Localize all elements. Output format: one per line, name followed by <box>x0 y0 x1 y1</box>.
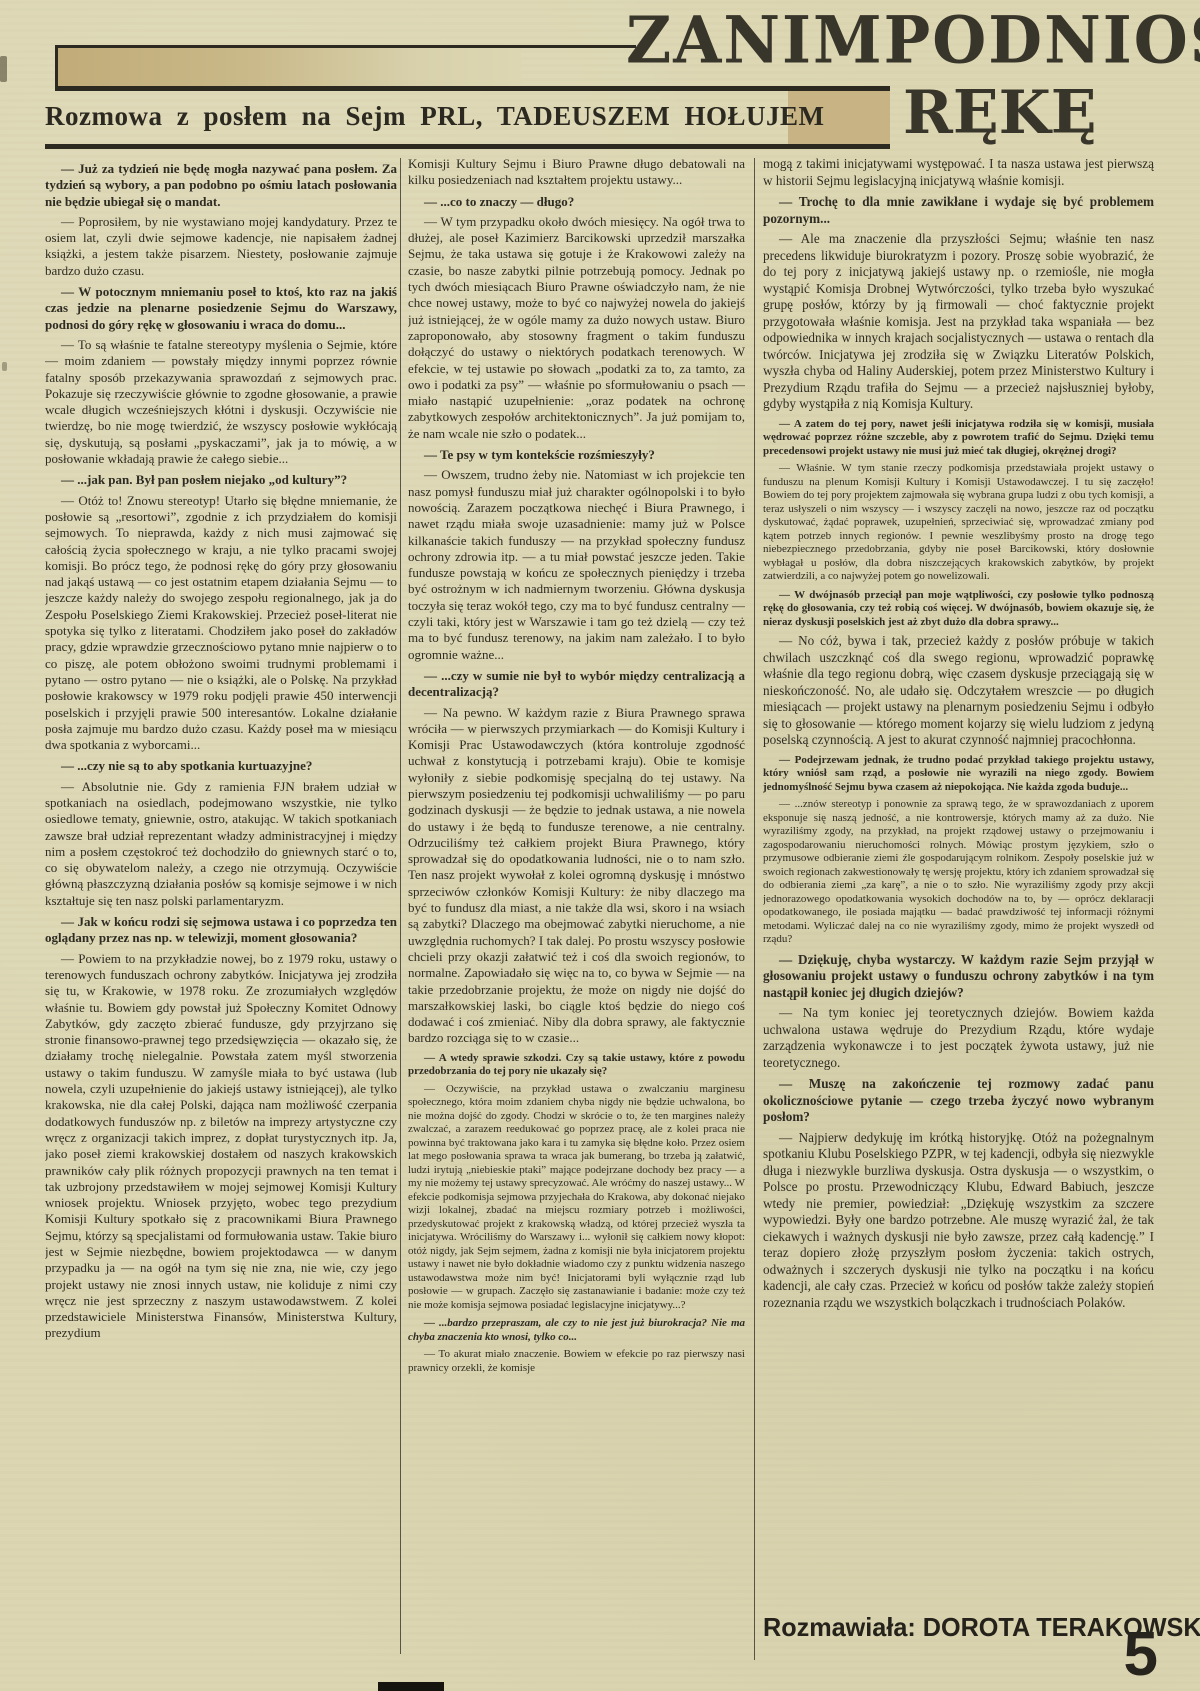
article-paragraph: — ...bardzo przepraszam, ale czy to nie … <box>408 1317 745 1344</box>
article-paragraph: — ...jak pan. Był pan posłem niejako „od… <box>45 472 397 488</box>
title-word-1: ZANIM <box>626 2 884 78</box>
article-paragraph: — No cóż, bywa i tak, przecież każdy z p… <box>763 633 1154 749</box>
article-paragraph: — ...czy w sumie nie był to wybór między… <box>408 668 745 701</box>
header-tan-bar <box>55 45 521 88</box>
article-paragraph: — Już za tydzień nie będę mogła nazywać … <box>45 161 397 210</box>
article-paragraph: — To akurat miało znaczenie. Bowiem w ef… <box>408 1348 745 1375</box>
article-paragraph: — Właśnie. W tym stanie rzeczy podkomisj… <box>763 462 1154 584</box>
article-paragraph: — Otóż to! Znowu stereotyp! Utarło się b… <box>45 493 397 754</box>
article-paragraph: — Na tym koniec jej teoretycznych dziejó… <box>763 1005 1154 1071</box>
scan-artifact-mark <box>378 1682 444 1691</box>
article-paragraph: — Owszem, trudno żeby nie. Natomiast w i… <box>408 467 745 663</box>
header-rule-bottom <box>45 144 890 149</box>
article-column-1: — Już za tydzień nie będę mogła nazywać … <box>45 156 397 1588</box>
interview-kicker: Rozmowa z posłem na Sejm PRL, TADEUSZEM … <box>45 93 785 139</box>
article-paragraph: — Muszę na zakończenie tej rozmowy zadać… <box>763 1076 1154 1126</box>
article-paragraph: — ...czy nie są to aby spotkania kurtuaz… <box>45 758 397 774</box>
article-paragraph: — Podejrzewam jednak, że trudno podać pr… <box>763 754 1154 795</box>
article-paragraph: — Absolutnie nie. Gdy z ramienia FJN bra… <box>45 779 397 909</box>
article-paragraph: — W potocznym mniemaniu poseł to ktoś, k… <box>45 284 397 333</box>
title-word-2: PODNIOSĄ <box>884 2 1200 78</box>
article-paragraph: — Oczywiście, na przykład ustawa o zwalc… <box>408 1083 745 1313</box>
column-divider-2 <box>754 158 755 1660</box>
article-paragraph: — ...znów stereotyp i ponownie za sprawą… <box>763 798 1154 947</box>
article-paragraph: — Jak w końcu rodzi się sejmowa ustawa i… <box>45 914 397 947</box>
article-paragraph: — ...co to znaczy — długo? <box>408 194 745 210</box>
article-column-2: Komisji Kultury Sejmu i Biuro Prawne dłu… <box>408 156 745 1650</box>
newspaper-page: ZANIM PODNIOSĄ RĘKĘ Rozmowa z posłem na … <box>0 0 1200 1691</box>
article-paragraph: — W dwójnasób przeciął pan moje wątpliwo… <box>763 589 1154 630</box>
article-paragraph: — W tym przypadku około dwóch miesięcy. … <box>408 214 745 442</box>
article-paragraph: — A zatem do tej pory, nawet jeśli inicj… <box>763 418 1154 459</box>
article-paragraph: — Powiem to na przykładzie nowej, bo z 1… <box>45 951 397 1342</box>
scan-edge-speck <box>2 362 7 371</box>
header-rule-segment <box>518 45 636 48</box>
scan-edge-speck <box>0 56 7 82</box>
article-paragraph: — To są właśnie te fatalne stereotypy my… <box>45 337 397 467</box>
article-paragraph: — Ale ma znaczenie dla przyszłości Sejmu… <box>763 231 1154 413</box>
article-paragraph: — Na pewno. W każdym razie z Biura Prawn… <box>408 705 745 1047</box>
article-paragraph: — A wtedy sprawie szkodzi. Czy są takie … <box>408 1052 745 1079</box>
page-number: 5 <box>1088 1622 1158 1691</box>
article-paragraph: Komisji Kultury Sejmu i Biuro Prawne dłu… <box>408 156 745 189</box>
article-paragraph: — Te psy w tym kontekście rozśmieszyły? <box>408 447 745 463</box>
page-title-line-2: RĘKĘ <box>903 78 1189 150</box>
article-paragraph: — Trochę to dla mnie zawikłane i wydaje … <box>763 194 1154 227</box>
column-divider-1 <box>400 158 401 1654</box>
article-paragraph: — Dziękuję, chyba wystarczy. W każdym ra… <box>763 952 1154 1002</box>
article-paragraph: mogą z takimi inicjatywami występować. I… <box>763 156 1154 189</box>
article-column-3: mogą z takimi inicjatywami występować. I… <box>763 156 1154 1552</box>
article-paragraph: — Poprosiłem, by nie wystawiano mojej ka… <box>45 214 397 279</box>
article-paragraph: — Najpierw dedykuję im krótką historyjkę… <box>763 1130 1154 1312</box>
